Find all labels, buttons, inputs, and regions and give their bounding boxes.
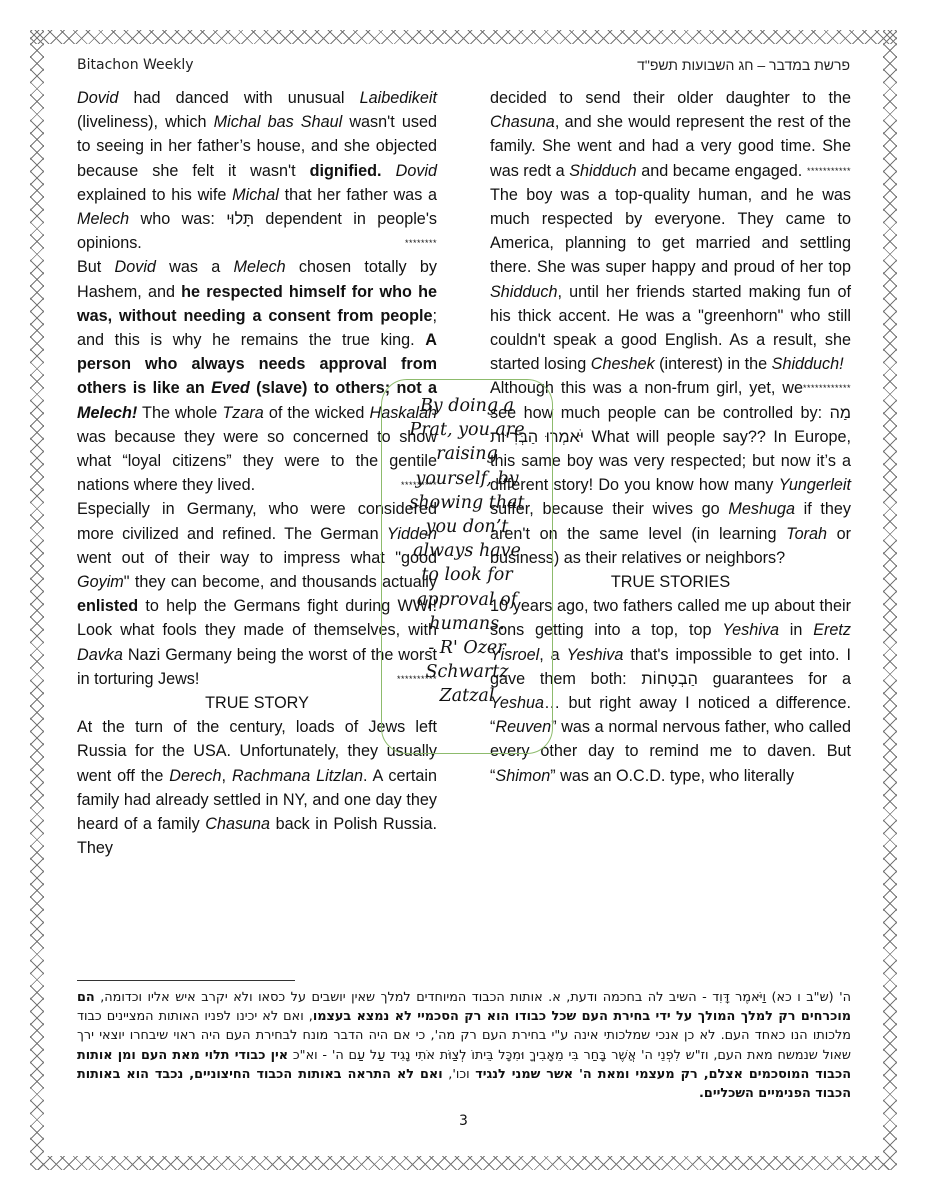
quote-line: raising (382, 442, 552, 466)
quote-attribution: - R' Ozer (382, 636, 552, 660)
footnote: ה' (ש"ב ו כא) וַיֹּאמֶר דָּוִד - השיב לה… (77, 988, 851, 1103)
quote-line: Prat, you are (382, 418, 552, 442)
quote-attribution: Zatzal (382, 684, 552, 708)
border-right-pattern (883, 30, 897, 1170)
quote-attribution: Schwartz (382, 660, 552, 684)
hebrew-word: הַבְטָחוֹת (641, 670, 698, 688)
quote-line: always have (382, 539, 552, 563)
border-top-pattern (30, 30, 897, 44)
quote-line: humans. (382, 612, 552, 636)
quote-line: approval of (382, 588, 552, 612)
section-divider: ************ (803, 376, 851, 400)
section-divider: ******** (405, 231, 437, 255)
quote-line: By doing a (382, 394, 552, 418)
quote-line: showing that (382, 491, 552, 515)
paragraph: decided to send their older daughter to … (490, 86, 851, 183)
hebrew-word: תָּלוּי (226, 210, 254, 228)
paragraph: Dovid had danced with unusual Laibedikei… (77, 86, 437, 255)
border-bottom-pattern (30, 1156, 897, 1170)
paragraph: The boy was a top-quality human, and he … (490, 183, 851, 377)
border-left-pattern (30, 30, 44, 1170)
publication-title: Bitachon Weekly (77, 57, 194, 73)
page-number: 3 (0, 1113, 927, 1129)
footnote-separator (77, 980, 295, 981)
quote-line: to look for (382, 563, 552, 587)
quote-line: you don’t (382, 515, 552, 539)
parsha-title: פרשת במדבר – חג השבועות תשפ"ד (637, 57, 850, 73)
quote-line: yourself, by (382, 467, 552, 491)
section-divider: *********** (807, 159, 851, 183)
pull-quote-box: By doing a Prat, you are raising yoursel… (381, 379, 553, 754)
